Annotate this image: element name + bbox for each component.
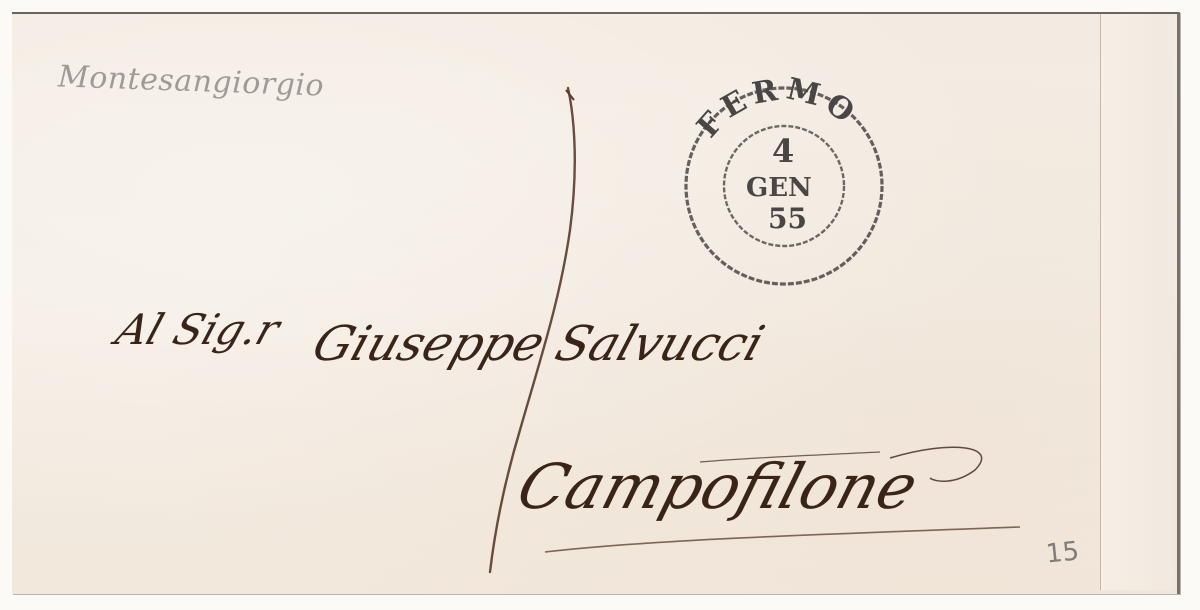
- ink-marks: FERMO 4 GEN 55: [0, 0, 1200, 610]
- postmark-month: GEN: [746, 173, 812, 203]
- postmark-day: 4: [772, 132, 794, 170]
- underline-flourish: [545, 527, 1020, 552]
- rate-mark-stroke: [490, 88, 575, 572]
- scan-background: FERMO 4 GEN 55 Montesangiorgio 15 Al Sig…: [0, 0, 1200, 610]
- postmark-year: 55: [768, 202, 807, 235]
- postmark: FERMO 4 GEN 55: [686, 72, 882, 284]
